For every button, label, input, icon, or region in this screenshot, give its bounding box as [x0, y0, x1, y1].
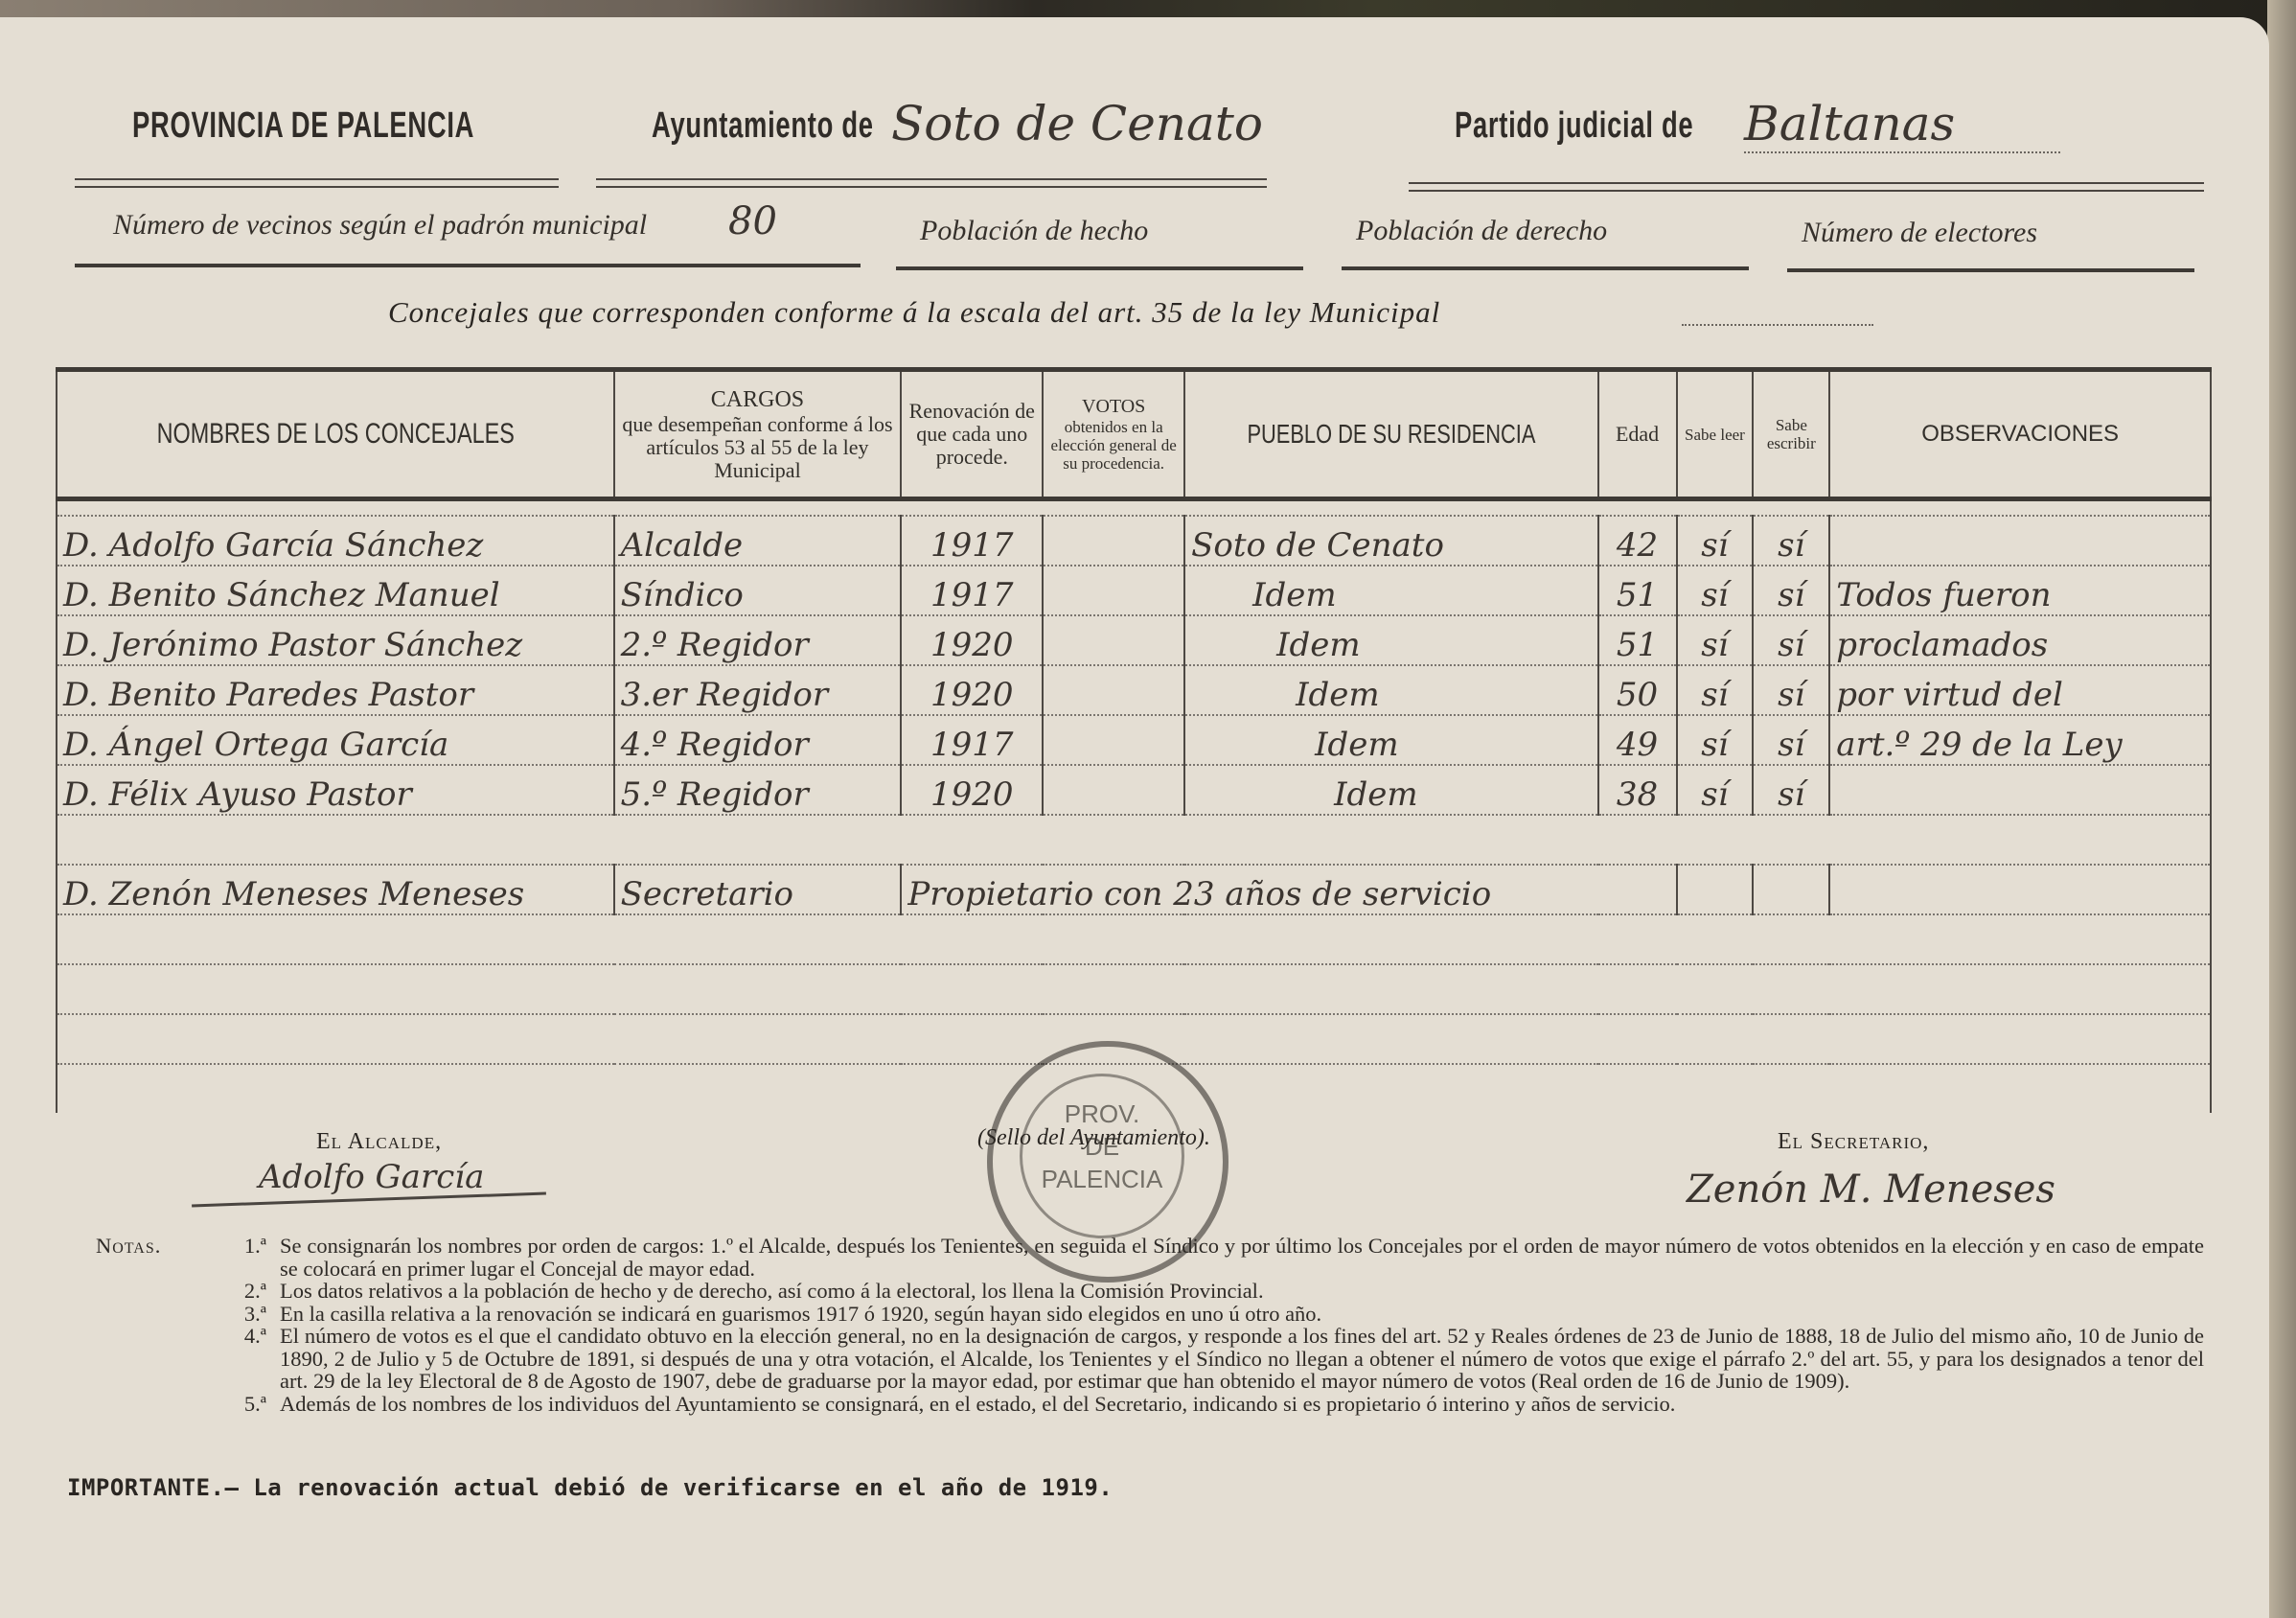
- cell-edad: 51: [1598, 566, 1677, 615]
- divider: [75, 178, 559, 188]
- secretario-label: El Secretario,: [1778, 1129, 1929, 1155]
- cell-renovacion: 1917: [901, 566, 1043, 615]
- cell-nombre: D. Jerónimo Pastor Sánchez: [57, 615, 614, 665]
- note-item: 3.ª En la casilla relativa a la renovaci…: [96, 1303, 2204, 1326]
- cell-votos: [1043, 765, 1184, 815]
- cell-observaciones: Todos fueron: [1829, 566, 2211, 615]
- register-page: PROVINCIA DE PALENCIA Ayuntamiento de So…: [0, 17, 2269, 1618]
- table-row: [57, 914, 2211, 964]
- table-row: D. Benito Sánchez Manuel Síndico 1917 Id…: [57, 566, 2211, 615]
- table-row: D. Jerónimo Pastor Sánchez 2.º Regidor 1…: [57, 615, 2211, 665]
- cell-leer: sí: [1677, 516, 1754, 566]
- col-header-sabe-escribir: Sabe escribir: [1753, 370, 1829, 499]
- alcalde-signature: Adolfo García: [259, 1158, 484, 1196]
- partido-label: Partido judicial de: [1455, 105, 1693, 147]
- note-item: 4.ª El número de votos es el que el cand…: [96, 1325, 2204, 1393]
- cell-pueblo: Idem: [1184, 665, 1598, 715]
- cell-cargo: Síndico: [614, 566, 902, 615]
- notes-label: Notas.: [96, 1235, 201, 1280]
- cell-renovacion: 1920: [901, 765, 1043, 815]
- table-row: [57, 964, 2211, 1014]
- cell-leer: sí: [1677, 665, 1754, 715]
- cell-observaciones: art.º 29 de la Ley: [1829, 715, 2211, 765]
- cell-renovacion: 1920: [901, 665, 1043, 715]
- partido-value: Baltanas: [1744, 96, 1955, 151]
- cell-nombre: D. Zenón Meneses Meneses: [57, 865, 614, 914]
- col-header-renovacion: Renovación de que cada uno procede.: [901, 370, 1043, 499]
- cell-renovacion: 1920: [901, 615, 1043, 665]
- col-header-cargos: CARGOS que desempeñan conforme á los art…: [614, 370, 902, 499]
- col-header-observaciones: OBSERVACIONES: [1829, 370, 2211, 499]
- partido-field: Partido judicial de: [1455, 105, 1786, 147]
- divider: [1409, 182, 2204, 192]
- cell-votos: [1043, 615, 1184, 665]
- cell-cargo: 2.º Regidor: [614, 615, 902, 665]
- cell-votos: [1043, 715, 1184, 765]
- cell-pueblo: Idem: [1184, 715, 1598, 765]
- concejales-table: NOMBRES DE LOS CONCEJALES CARGOS que des…: [56, 367, 2212, 1113]
- col-header-votos: VOTOS obtenidos en la elección general d…: [1043, 370, 1184, 499]
- cell-cargo: Alcalde: [614, 516, 902, 566]
- cell-votos: [1043, 516, 1184, 566]
- table-row: [57, 499, 2211, 517]
- cell-observaciones: [1829, 765, 2211, 815]
- dotted-leader: [1744, 151, 2060, 153]
- table-row: D. Ángel Ortega García 4.º Regidor 1917 …: [57, 715, 2211, 765]
- notes-section: Notas. 1.ª Se consignarán los nombres po…: [96, 1235, 2204, 1415]
- cell-nombre: D. Adolfo García Sánchez: [57, 516, 614, 566]
- cell-leer: sí: [1677, 566, 1754, 615]
- cell-votos: [1043, 665, 1184, 715]
- cell-edad: 38: [1598, 765, 1677, 815]
- cell-cargo: 3.er Regidor: [614, 665, 902, 715]
- cell-edad: 50: [1598, 665, 1677, 715]
- ayuntamiento-value: Soto de Cenato: [891, 96, 1263, 151]
- cell-cargo: 5.º Regidor: [614, 765, 902, 815]
- cell-nombre: D. Benito Paredes Pastor: [57, 665, 614, 715]
- cell-cargo: Secretario: [614, 865, 902, 914]
- dotted-leader: [1682, 324, 1873, 326]
- table-subtitle: Concejales que corresponden conforme á l…: [388, 295, 1440, 330]
- cell-escribir: sí: [1753, 715, 1829, 765]
- secretario-row: D. Zenón Meneses Meneses Secretario Prop…: [57, 865, 2211, 914]
- ayuntamiento-label: Ayuntamiento de: [652, 105, 874, 147]
- cell-pueblo: Idem: [1184, 615, 1598, 665]
- vecinos-label: Número de vecinos según el padrón munici…: [113, 209, 647, 242]
- divider: [75, 264, 861, 267]
- cell-edad: 42: [1598, 516, 1677, 566]
- poblacion-hecho-label: Población de hecho: [920, 215, 1148, 247]
- cell-votos: [1043, 566, 1184, 615]
- cell-renovacion: 1917: [901, 516, 1043, 566]
- cell-escribir: sí: [1753, 516, 1829, 566]
- cell-leer: sí: [1677, 715, 1754, 765]
- table-row: [57, 815, 2211, 865]
- cell-pueblo: Idem: [1184, 765, 1598, 815]
- divider: [896, 266, 1303, 270]
- cell-leer: sí: [1677, 765, 1754, 815]
- divider: [1787, 268, 2194, 272]
- table-row: D. Benito Paredes Pastor 3.er Regidor 19…: [57, 665, 2211, 715]
- table-row: D. Félix Ayuso Pastor 5.º Regidor 1920 I…: [57, 765, 2211, 815]
- col-header-edad: Edad: [1598, 370, 1677, 499]
- cell-nombre: D. Ángel Ortega García: [57, 715, 614, 765]
- cell-secretario-detalle: Propietario con 23 años de servicio: [901, 865, 1676, 914]
- note-item: 5.ª Además de los nombres de los individ…: [96, 1393, 2204, 1416]
- book-page-edges: [2267, 0, 2296, 1618]
- electores-label: Número de electores: [1802, 217, 2037, 249]
- table-row: D. Adolfo García Sánchez Alcalde 1917 So…: [57, 516, 2211, 566]
- cell-escribir: sí: [1753, 566, 1829, 615]
- divider: [1342, 266, 1749, 270]
- cell-escribir: sí: [1753, 615, 1829, 665]
- col-header-nombres: NOMBRES DE LOS CONCEJALES: [57, 370, 614, 499]
- cell-cargo: 4.º Regidor: [614, 715, 902, 765]
- cell-edad: 51: [1598, 615, 1677, 665]
- divider: [596, 178, 1267, 188]
- secretario-signature: Zenón M. Meneses: [1687, 1167, 2055, 1212]
- cell-nombre: D. Benito Sánchez Manuel: [57, 566, 614, 615]
- poblacion-derecho-label: Población de derecho: [1356, 215, 1607, 247]
- cell-escribir: sí: [1753, 765, 1829, 815]
- col-header-pueblo: PUEBLO DE SU RESIDENCIA: [1184, 370, 1598, 499]
- col-header-sabe-leer: Sabe leer: [1677, 370, 1754, 499]
- alcalde-label: El Alcalde,: [316, 1129, 442, 1155]
- table-header-row: NOMBRES DE LOS CONCEJALES CARGOS que des…: [57, 370, 2211, 499]
- cell-observaciones: proclamados: [1829, 615, 2211, 665]
- cell-escribir: sí: [1753, 665, 1829, 715]
- cell-nombre: D. Félix Ayuso Pastor: [57, 765, 614, 815]
- vecinos-value: 80: [728, 199, 777, 243]
- cell-observaciones: por virtud del: [1829, 665, 2211, 715]
- cell-observaciones: [1829, 516, 2211, 566]
- cell-renovacion: 1917: [901, 715, 1043, 765]
- note-item: 2.ª Los datos relativos a la población d…: [96, 1280, 2204, 1303]
- cell-leer: sí: [1677, 615, 1754, 665]
- cell-edad: 49: [1598, 715, 1677, 765]
- note-item: Notas. 1.ª Se consignarán los nombres po…: [96, 1235, 2204, 1280]
- important-notice: IMPORTANTE.— La renovación actual debió …: [67, 1474, 1113, 1501]
- provincia-heading: PROVINCIA DE PALENCIA: [132, 105, 474, 147]
- cell-pueblo: Idem: [1184, 566, 1598, 615]
- cell-pueblo: Soto de Cenato: [1184, 516, 1598, 566]
